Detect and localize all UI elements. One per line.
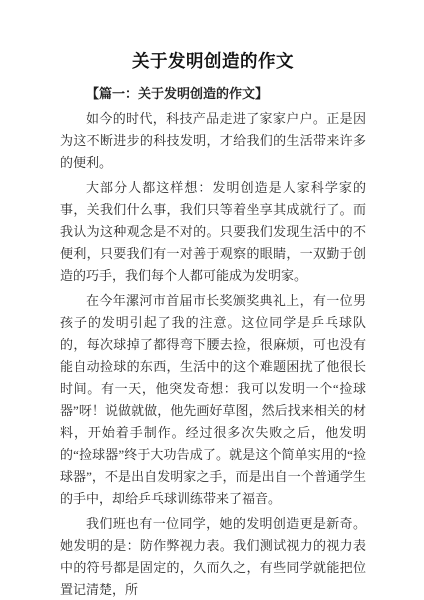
paragraph-ball-picker-story: 在今年漯河市首届市长奖颁奖典礼上，有一位男孩子的发明引起了我的注意。这位同学是乒…	[60, 290, 366, 510]
paragraph-viewpoint: 大部分人都这样想：发明创造是人家科学家的事，关我们什么事，我们只等着坐享其成就行…	[60, 177, 366, 287]
section-heading: 【篇一：关于发明创造的作文】	[60, 83, 366, 105]
paragraph-intro: 如今的时代，科技产品走进了家家户户。正是因为这不断进步的科技发明，才给我们的生活…	[60, 108, 366, 174]
page-title: 关于发明创造的作文	[60, 49, 366, 73]
paragraph-classmate-invention: 我们班也有一位同学，她的发明创造更是新奇。她发明的是：防作弊视力表。我们测试视力…	[60, 513, 366, 600]
document-page: 关于发明创造的作文 【篇一：关于发明创造的作文】 如今的时代，科技产品走进了家家…	[0, 0, 424, 600]
